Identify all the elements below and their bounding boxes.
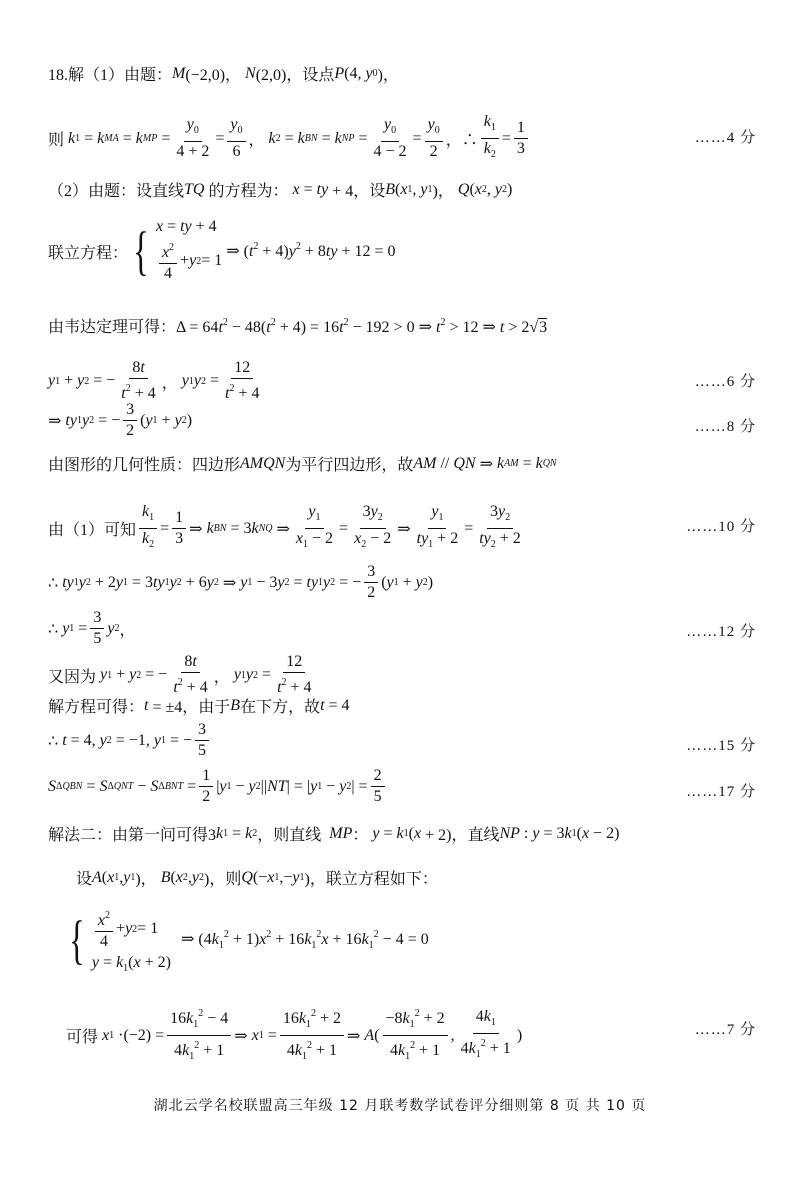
method-two-line: 解法二：由第一问可得3k1 = k2，则直线 MP： y = k1(x + 2)… (48, 822, 619, 845)
parallelogram-line: 由图形的几何性质：四边形AMQN为平行四边形，故AM // QN ⇒ kAM =… (48, 452, 557, 475)
method-two-system-line: { x24+ y2 = 1 y = k1(x + 2) ⇒ (4k12 + 1)… (64, 906, 429, 974)
system-equation-line: 联立方程： { x = ty + 4 x24+ y2 = 1 ⇒ (t2 + 4… (48, 218, 396, 284)
part-two-setup-line: （2）由题：设直线TQ 的方程为： x = ty + 4，设B(x1, y1)，… (48, 178, 512, 201)
solution-header-line: 18.解（1）由题： M(−2,0)， N(2,0)，设点P(4, y0)， (48, 62, 399, 85)
equation-system: { x24+ y2 = 1 y = k1(x + 2) (64, 906, 171, 974)
solve-t-line: 解方程可得：t = ±4，由于B在下方，故t = 4 (48, 694, 350, 717)
equation-system: { x = ty + 4 x24+ y2 = 1 (128, 218, 222, 284)
slope-ratio-line: 则 k1 = kMA = kMP = y04 + 2 = y06 ， k2 = … (48, 112, 531, 165)
vieta-recall-line: 又因为 y1 + y2 = − 8tt2 + 4 ， y1y2 = 12t2 +… (48, 652, 318, 698)
values-line: ∴ t = 4, y2 = −1, y1 = − 35 (48, 720, 212, 761)
fraction: y06 (227, 115, 245, 162)
fraction: 13 (514, 118, 528, 159)
point-a-line: 可得 x1 ·(−2) = 16k12 − 44k12 + 1 ⇒ x1 = 1… (66, 1004, 522, 1067)
score-marker: ……17 分 (686, 780, 756, 801)
score-marker: ……10 分 (686, 515, 756, 536)
y1-ratio-line: ∴ y1 = 35 y2， (48, 608, 135, 649)
score-marker: ……15 分 (686, 734, 756, 755)
product-relation-line: ⇒ ty1y2 = − 32 (y1 + y2) (48, 400, 192, 441)
score-marker: ……4 分 (695, 126, 756, 147)
discriminant-line: 由韦达定理可得：Δ = 64t2 − 48(t2 + 4) = 16t2 − 1… (48, 314, 547, 337)
score-marker: ……6 分 (695, 370, 756, 391)
score-marker: ……7 分 (695, 1018, 756, 1039)
score-marker: ……8 分 (695, 415, 756, 436)
fraction: y04 + 2 (173, 115, 212, 162)
points-setup-line: 设A(x1,y1)， B(x2,y2)，则Q(−x1,−y1)，联立方程如下： (76, 866, 438, 889)
slope-equation-line: 由（1）可知 k1k2 = 13 ⇒ kBN = 3kNQ ⇒ y1x1 − 2… (48, 502, 527, 555)
score-marker: ……12 分 (686, 620, 756, 641)
substitution-line: ∴ ty1y2 + 2y1 = 3ty1y2 + 6y2 ⇒ y1 − 3y2 … (48, 562, 433, 603)
fraction: y02 (425, 115, 443, 162)
area-line: SΔQBN = SΔQNT − SΔBNT = 12 |y1 − y2||NT|… (48, 766, 388, 807)
fraction: y04 − 2 (371, 115, 410, 162)
fraction: k1k2 (481, 112, 499, 165)
vieta-line: y1 + y2 = − 8tt2 + 4 ， y1y2 = 12t2 + 4 (48, 358, 266, 404)
page-footer: 湖北云学名校联盟高三年级 12 月联考数学试卷评分细则第 8 页 共 10 页 (0, 1095, 800, 1115)
